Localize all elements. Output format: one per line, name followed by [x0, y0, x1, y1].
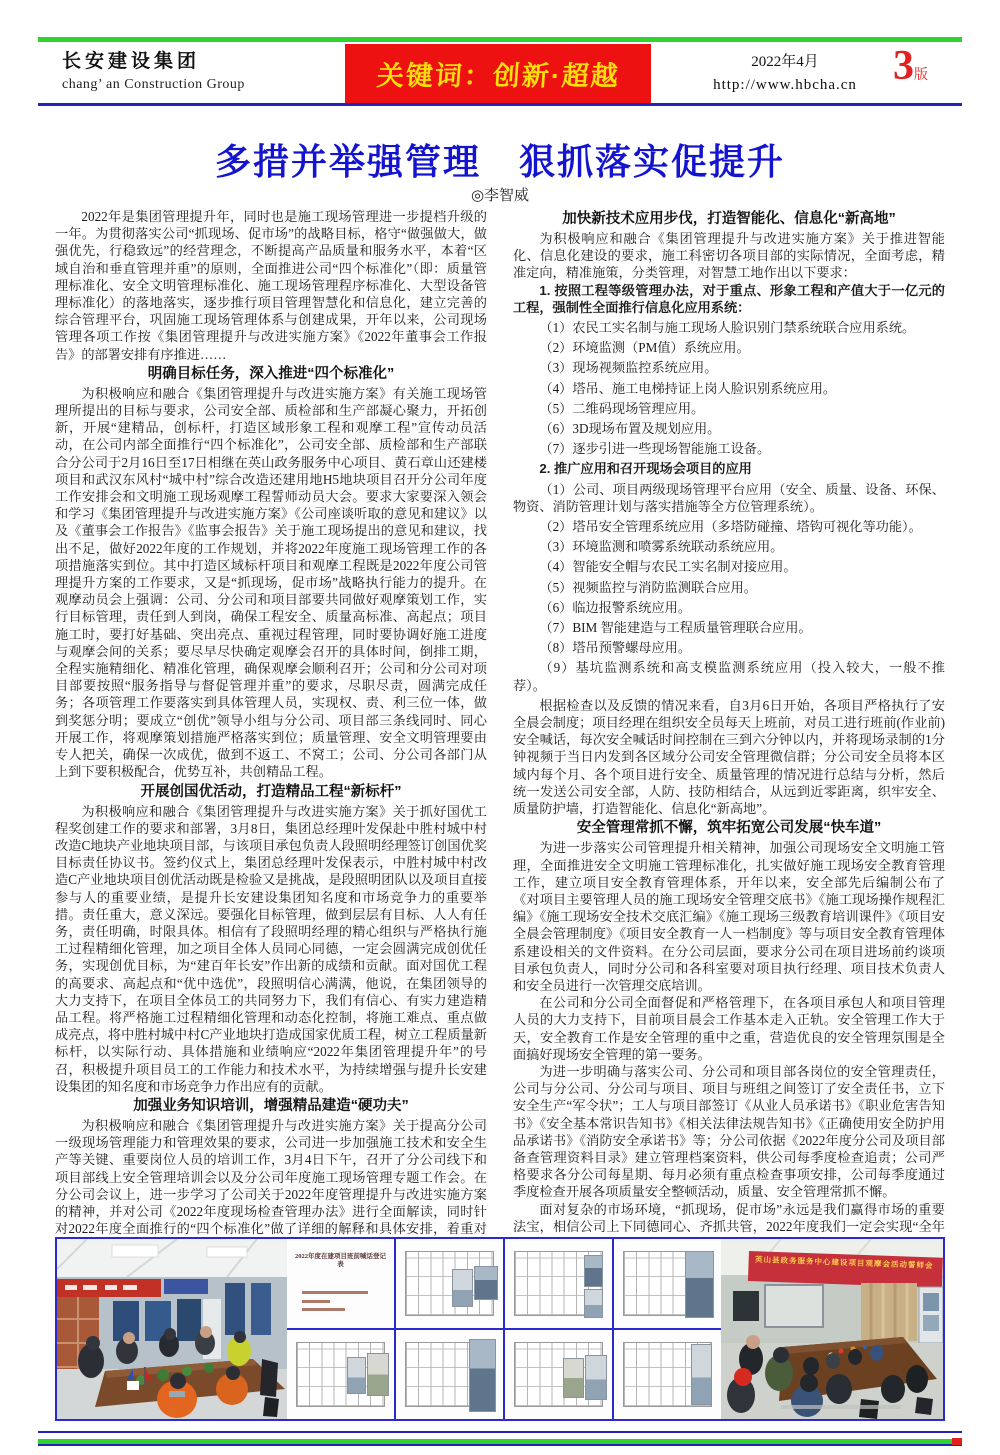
bottom-blue-rule-2 [38, 1444, 962, 1446]
article-paragraph: （5）视频监控与消防监测联合应用。 [513, 579, 945, 596]
article-paragraph: 为积极响应和融合《集团管理提升与改进实施方案》关于推进智能化、信息化建设的要求，… [513, 230, 945, 282]
green-rule-red-tip [952, 1438, 962, 1445]
section-heading: 加快新技术应用步伐，打造智能化、信息化“新高地” [513, 210, 945, 228]
article-paragraph: 2. 推广应用和召开现场会项目的应用 [513, 460, 945, 477]
article-paragraph: 根据检查以及反馈的情况来看，自3月6日开始，各项目严格执行了安全晨会制度；项目经… [513, 697, 945, 817]
article-paragraph: 为积极响应和融合《集团管理提升与改进实施方案》有关施工现场管理所提出的目标与要求… [55, 385, 487, 781]
doc-page-title: 2022年度在建项目班前喊话登记表 [293, 1253, 387, 1269]
article-paragraph: （8）塔吊预警螺母应用。 [513, 639, 945, 656]
document-pages-grid: 2022年度在建项目班前喊话登记表 [287, 1239, 721, 1419]
section-heading: 明确目标任务，深入推进“四个标准化” [55, 365, 487, 383]
bottom-blue-rule [38, 1431, 962, 1433]
article-paragraph: 在公司和分公司全面督促和严格管理下，在各项目承包人和项目管理人员的大力支持下，目… [513, 994, 945, 1063]
article-paragraph: （3）现场视频监控系统应用。 [513, 359, 945, 376]
issue-date: 2022年4月 [680, 50, 890, 71]
article-title: 多措并举强管理 狠抓落实促提升 [0, 134, 1000, 185]
article-paragraph: （2）环境监测（PM值）系统应用。 [513, 339, 945, 356]
red-hardhat [734, 1368, 752, 1386]
article-paragraph: （3）环境监测和喷雾系统联动系统应用。 [513, 538, 945, 555]
doc-text-line [302, 1300, 330, 1303]
article-paragraph: （9）基坑监测系统和高支模监测系统应用（投入较大，一般不推荐）。 [513, 659, 945, 693]
doc-page-table [287, 1330, 394, 1419]
doc-page-table [396, 1239, 503, 1328]
masthead: 长安建设集团 chang’ an Construction Group [62, 46, 312, 93]
section-heading: 开展创国优活动，打造精品工程“新标杆” [55, 783, 487, 801]
doc-page-cover: 2022年度在建项目班前喊话登记表 [287, 1239, 394, 1328]
doc-page-photo-table [614, 1239, 721, 1328]
section-heading: 加强业务知识培训，增强精品建造“硬功夫” [55, 1097, 487, 1115]
article-paragraph: （7）BIM 智能建造与工程质量管理联合应用。 [513, 619, 945, 636]
photo-site-meeting [57, 1239, 287, 1419]
article-paragraph: （4）塔吊、施工电梯持证上岗人脸识别系统应用。 [513, 380, 945, 397]
keyword-banner-text: 关键词：创新·超越 [375, 54, 621, 93]
article-column-right: 加快新技术应用步伐，打造智能化、信息化“新高地”为积极响应和融合《集团管理提升与… [513, 208, 945, 1236]
header-blue-rule [38, 103, 962, 106]
article-paragraph: （4）智能安全帽与农民工实名制对接应用。 [513, 558, 945, 575]
article-paragraph: 面对复杂的市场环境，“抓现场，促市场”永远是我们赢得市场的重要法宝，相信公司上下… [513, 1201, 945, 1236]
page-number-value: 3 [893, 43, 914, 89]
doc-page-table [614, 1330, 721, 1419]
photo-strip: 2022年度在建项目班前喊话登记表 [55, 1237, 945, 1421]
article-column-left: 2022年是集团管理提升年，同时也是施工现场管理进一步提档升级的一年。为贯彻落实… [55, 208, 487, 1236]
section-heading: 安全管理常抓不懈，筑牢拓宽公司发展“快车道” [513, 819, 945, 837]
doc-page-table [505, 1239, 612, 1328]
article-author: ◎李智威 [0, 184, 1000, 205]
website-url: http://www.hbcha.cn [680, 77, 890, 94]
article-paragraph: （7）逐步引进一些现场智能施工设备。 [513, 440, 945, 457]
article-paragraph: （5）二维码现场管理应用。 [513, 400, 945, 417]
org-name-en: chang’ an Construction Group [62, 77, 312, 93]
photo-mobilization-meeting: 英山县政务服务中心建设项目观摩会活动誓师会 [721, 1239, 943, 1419]
article-paragraph: 为积极响应和融合《集团管理提升与改进实施方案》关于提高分公司一级现场管理能力和管… [55, 1117, 487, 1236]
article-paragraph: （2）塔吊安全管理系统应用（多塔防碰撞、塔钩可视化等功能）。 [513, 518, 945, 535]
article-paragraph: （6）3D现场布置及规划应用。 [513, 420, 945, 437]
article-paragraph: （1）公司、项目两级现场管理平台应用（安全、质量、设备、环保、物资、消防管理计划… [513, 481, 945, 515]
doc-text-line [302, 1308, 345, 1311]
article-paragraph: 为进一步明确与落实公司、分公司和项目部各岗位的安全管理责任，公司与分公司、分公司… [513, 1063, 945, 1201]
org-name-cn: 长安建设集团 [62, 46, 312, 73]
article-paragraph: （6）临边报警系统应用。 [513, 599, 945, 616]
wall-banner-blue [164, 1279, 208, 1294]
keyword-banner: 关键词：创新·超越 [345, 44, 651, 103]
doc-text-line [302, 1291, 368, 1294]
article-paragraph: （1）农民工实名制与施工现场人脸识别门禁系统联合应用系统。 [513, 319, 945, 336]
article-body: 2022年是集团管理提升年，同时也是施工现场管理进一步提档升级的一年。为贯彻落实… [55, 208, 945, 1236]
doc-page-photo-table [396, 1330, 503, 1419]
article-paragraph: 为积极响应和融合《集团管理提升与改进实施方案》关于抓好国优工程奖创建工作的要求和… [55, 803, 487, 1095]
page-number: 3版 [893, 42, 928, 90]
article-paragraph: 2022年是集团管理提升年，同时也是施工现场管理进一步提档升级的一年。为贯彻落实… [55, 208, 487, 363]
top-green-rule [38, 37, 962, 42]
issue-info: 2022年4月 http://www.hbcha.cn [680, 50, 890, 94]
page-number-label: 版 [914, 68, 928, 83]
doc-page-table [505, 1330, 612, 1419]
article-paragraph: 为进一步落实公司管理提升相关精神，加强公司现场安全文明施工管理，全面推进安全文明… [513, 839, 945, 994]
article-paragraph: 1. 按照工程等级管理办法，对于重点、形象工程和产值大于一亿元的工程，强制性全面… [513, 282, 945, 316]
